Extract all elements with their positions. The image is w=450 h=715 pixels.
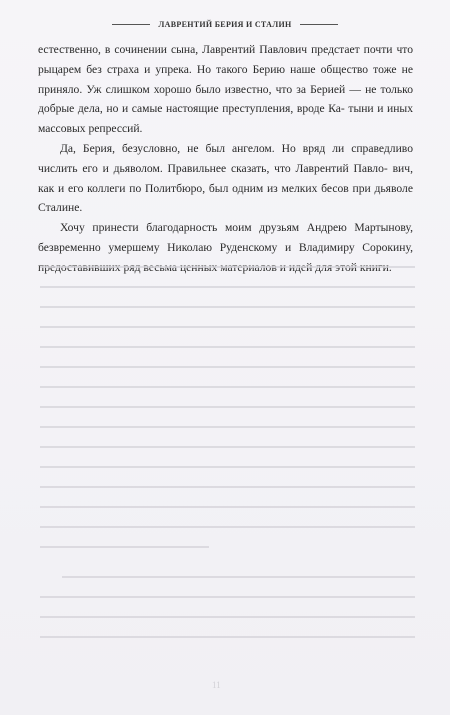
bleed-line: [40, 596, 415, 598]
bleed-line: [40, 636, 415, 638]
page-number: 11: [212, 680, 221, 690]
book-page: ЛАВРЕНТИЙ БЕРИЯ И СТАЛИН естественно, в …: [0, 0, 450, 715]
body-text: естественно, в сочинении сына, Лаврентий…: [38, 40, 413, 278]
bleed-line: [40, 486, 415, 488]
running-title: ЛАВРЕНТИЙ БЕРИЯ И СТАЛИН: [158, 20, 291, 29]
paragraph-1: естественно, в сочинении сына, Лаврентий…: [38, 40, 413, 139]
bleed-line: [62, 576, 415, 578]
bleed-line: [40, 266, 415, 268]
bleed-line: [40, 506, 415, 508]
bleed-line: [40, 406, 415, 408]
text-line: Да, Берия, безусловно, не был ангелом. Н…: [60, 142, 413, 155]
bleed-line: [40, 446, 415, 448]
bleed-line: [40, 466, 415, 468]
bleed-line: [40, 616, 415, 618]
header-rule-right: [300, 24, 338, 25]
running-header: ЛАВРЕНТИЙ БЕРИЯ И СТАЛИН: [0, 20, 450, 29]
bleed-line: [40, 366, 415, 368]
bleed-line: [40, 546, 209, 548]
text-line: числить его и дьяволом. Правильнее сказа…: [38, 162, 393, 175]
bleed-line: [40, 306, 415, 308]
bleed-line: [40, 286, 415, 288]
bleed-line: [40, 346, 415, 348]
text-line: безвременно умершему Николаю Руденскому …: [38, 241, 413, 254]
bleed-line: [40, 386, 415, 388]
text-line: естественно, в сочинении сына, Лаврентий…: [38, 43, 396, 56]
bleed-line: [40, 326, 415, 328]
paragraph-2: Да, Берия, безусловно, не был ангелом. Н…: [38, 139, 413, 218]
header-rule-left: [112, 24, 150, 25]
bleed-line: [40, 426, 415, 428]
text-line: Хочу принести благодарность моим друзьям…: [60, 221, 413, 234]
bleed-through-text: [40, 266, 415, 666]
bleed-line: [40, 526, 415, 528]
